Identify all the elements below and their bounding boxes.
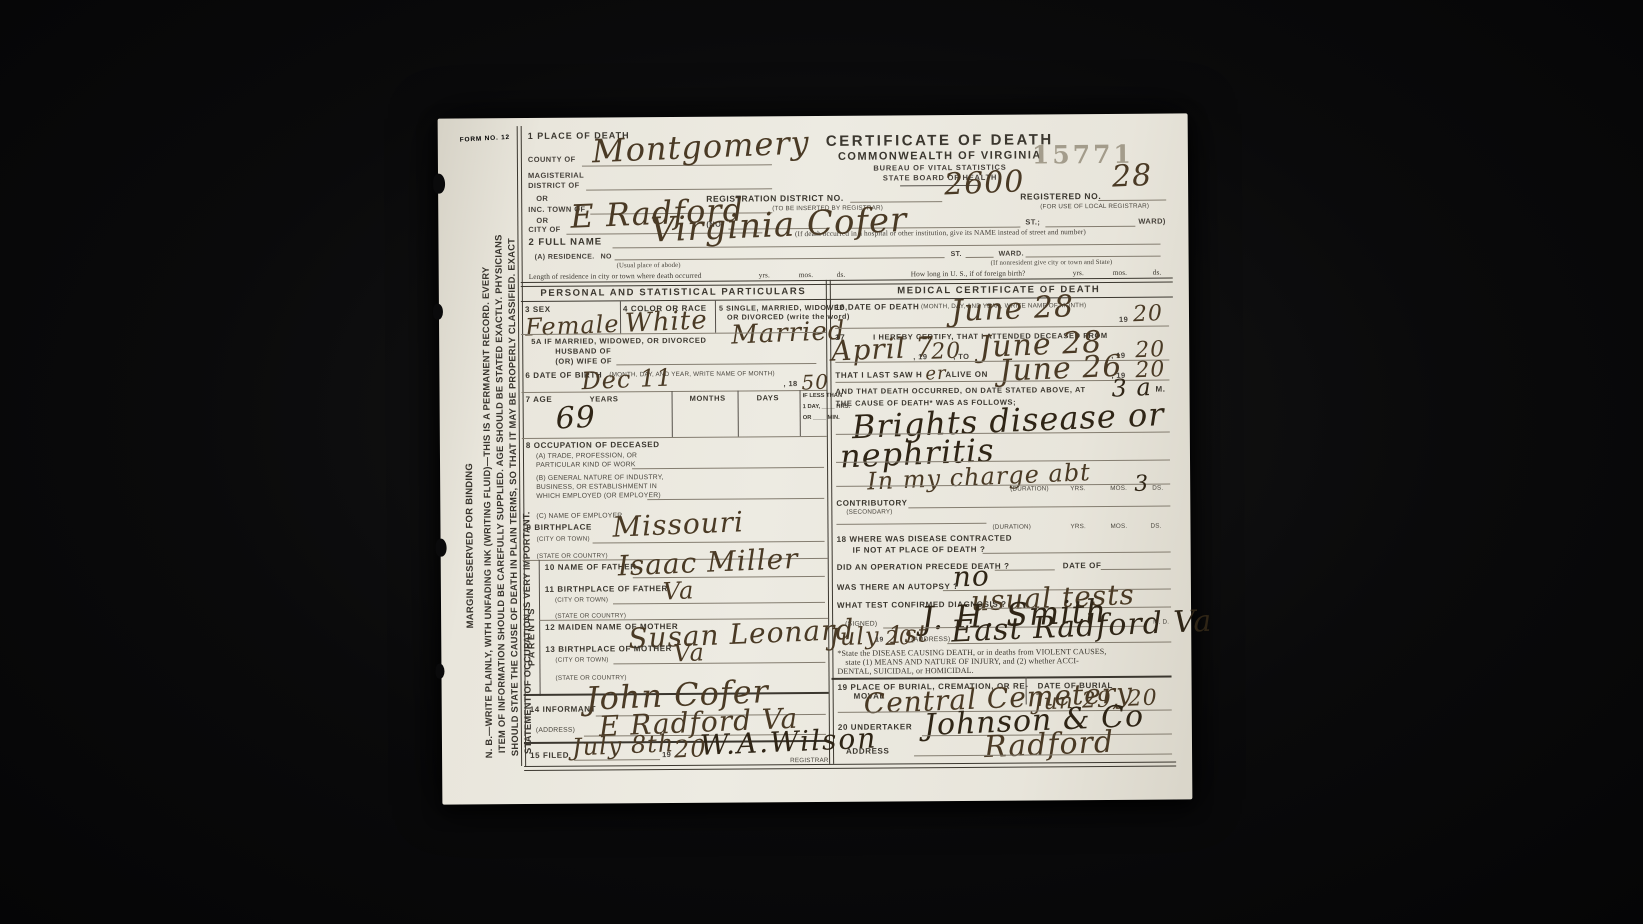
undertaker-address-handwritten: Radford <box>983 728 1114 763</box>
margin-binding-note: MARGIN RESERVED FOR BINDING <box>464 463 476 629</box>
death-occurred-label: AND THAT DEATH OCCURRED, ON DATE STATED … <box>836 386 1086 395</box>
margin-nb-line2: ITEM OF INFORMATION SHOULD BE CAREFULLY … <box>493 234 507 753</box>
duration-mos-handwritten: 3 <box>1134 473 1150 496</box>
duration-ds-label: DS. <box>1152 486 1163 492</box>
length-mos-label: mos. <box>799 271 813 278</box>
where-contracted-label-2: IF NOT AT PLACE OF DEATH ? <box>853 546 986 555</box>
father-bp-value-handwritten: Va <box>662 578 694 603</box>
age-col-divider-1 <box>672 391 673 437</box>
form-number: FORM NO. 12 <box>460 135 511 144</box>
length-residence-label: Length of residence in city or town wher… <box>529 272 702 281</box>
filed-year-printed: 19 <box>662 751 671 759</box>
certificate-form: 1 PLACE OF DEATH COUNTY OF Montgomery MA… <box>520 122 1177 775</box>
contributory-label: CONTRIBUTORY <box>836 499 907 507</box>
us-yrs-label: yrs. <box>1073 269 1084 276</box>
torn-edge-notch <box>436 539 447 557</box>
residence-st-label: ST. <box>951 251 962 258</box>
dod-year-printed: 19 <box>1119 316 1128 324</box>
footnote-line3: DENTAL, SUICIDAL, or HOMICIDAL. <box>837 667 973 676</box>
age-days-label: DAYS <box>757 394 780 402</box>
autopsy-label: WAS THERE AN AUTOPSY ? <box>837 583 959 592</box>
torn-edge-notch <box>433 174 445 194</box>
duration2-yrs-label: YRS. <box>1070 524 1086 530</box>
age-value-handwritten: 69 <box>555 403 596 435</box>
age-less-than-3: OR ____ MIN. <box>803 416 840 422</box>
age-col-divider-2 <box>738 391 739 437</box>
mother-birthplace-label: 13 BIRTHPLACE OF MOTHER <box>545 645 672 654</box>
where-contracted-label-1: 18 WHERE WAS DISEASE CONTRACTED <box>837 535 1013 544</box>
occupation-c: (C) NAME OF EMPLOYER <box>536 513 622 520</box>
mother-bp-value-handwritten: Va <box>673 640 705 665</box>
mother-bp-city-note: (CITY OR TOWN) <box>555 657 608 664</box>
age-col-divider-3 <box>800 390 801 436</box>
duration-label: (DURATION) <box>1010 486 1049 493</box>
father-bp-city-note: (CITY OR TOWN) <box>555 597 608 604</box>
item5a-label-1: 5A IF MARRIED, WIDOWED, OR DIVORCED <box>531 337 706 346</box>
birthplace-value-handwritten: Missouri <box>612 508 745 541</box>
magisterial-label-1: MAGISTERIAL <box>528 172 584 180</box>
or-label-1: OR <box>536 195 548 203</box>
age-months-label: MONTHS <box>690 395 726 403</box>
board-line: STATE BOARD OF HEALTH <box>775 173 1105 183</box>
duration2-mos-label: MOS. <box>1110 524 1127 530</box>
or-label-2: OR <box>536 217 548 225</box>
registration-district-value: 2600 <box>943 167 1025 200</box>
registration-district-label: REGISTRATION DISTRICT NO. <box>706 194 844 203</box>
city-label: CITY OF <box>528 226 560 234</box>
form-bottom-rule <box>524 761 1176 771</box>
item5a-label-3: (OR) WIFE OF <box>555 357 612 365</box>
duration2-label: (DURATION) <box>992 524 1031 531</box>
length-ds-label: ds. <box>837 271 846 278</box>
to-label: , TO <box>953 353 969 361</box>
registered-no-value: 28 <box>1111 161 1152 193</box>
birthplace-label: 9 BIRTHPLACE <box>526 524 591 532</box>
full-name-value-handwritten: Virginia Cofer <box>650 203 908 248</box>
photograph-of-death-certificate: { "stamp": { "serial": "15771" }, "margi… <box>0 0 1643 924</box>
binding-margin: FORM NO. 12 MARGIN RESERVED FOR BINDING … <box>438 113 1188 118</box>
length-yrs-label: yrs. <box>759 271 770 278</box>
dod-year-handwritten: 20 <box>1133 303 1164 326</box>
full-name-label: 2 FULL NAME <box>528 237 602 247</box>
residence-no-label: NO <box>601 253 612 260</box>
registered-no-note: (FOR USE OF LOCAL REGISTRAR) <box>1040 204 1149 211</box>
st-label: ST.; <box>1025 218 1040 226</box>
occupation-b1: (B) GENERAL NATURE OF INDUSTRY, <box>536 475 664 483</box>
alive-on-label: ALIVE ON <box>945 371 988 379</box>
undertaker-address-label: ADDRESS <box>846 747 889 755</box>
signed-year-handwritten: 20 <box>885 627 913 648</box>
marital-label-1: 5 SINGLE, MARRIED, WIDOWED, <box>719 304 848 312</box>
secondary-label: (SECONDARY) <box>846 509 892 516</box>
duration2-ds-label: DS. <box>1150 524 1161 530</box>
nonresident-note: (If nonresident give city or town and St… <box>991 260 1113 268</box>
last-saw-label: THAT I LAST SAW H <box>835 371 922 380</box>
father-name-handwritten: Isaac Miller <box>617 545 799 581</box>
occupation-a2: PARTICULAR KIND OF WORK <box>536 462 636 469</box>
death-time-m-label: M. <box>1155 386 1165 394</box>
torn-edge-notch <box>435 664 444 679</box>
signed-year-printed: 19 <box>875 638 883 645</box>
parents-vertical-label: PARENTS <box>526 606 536 666</box>
date-of-operation-label: DATE OF <box>1063 562 1102 570</box>
duration-mos-label: MOS. <box>1110 486 1127 492</box>
certificate-paper: FORM NO. 12 MARGIN RESERVED FOR BINDING … <box>438 113 1193 804</box>
filed-date-handwritten: July 8th <box>572 731 675 759</box>
filed-label: 15 FILED <box>530 752 569 760</box>
age-label: 7 AGE <box>526 396 553 404</box>
item5a-label-2: HUSBAND OF <box>555 347 611 355</box>
torn-edge-notch <box>433 304 443 320</box>
undertaker-label: 20 UNDERTAKER <box>838 723 912 732</box>
margin-nb-line1: N. B.—WRITE PLAINLY, WITH UNFADING INK (… <box>481 267 494 759</box>
left-column-header: PERSONAL AND STATISTICAL PARTICULARS <box>521 287 826 299</box>
parents-rail <box>539 560 541 696</box>
occupation-b3: WHICH EMPLOYED (OR EMPLOYER) <box>536 493 661 501</box>
duration-note-handwritten: In my charge abt <box>867 460 1092 493</box>
informant-address-label: (ADDRESS) <box>536 728 575 735</box>
date-of-death-label: 16 DATE OF DEATH <box>835 303 919 312</box>
ward-label: WARD) <box>1138 218 1165 226</box>
dob-value-handwritten: Dec 11 <box>581 365 673 393</box>
occupation-a1: (A) TRADE, PROFESSION, OR <box>536 453 637 461</box>
occupation-label: 8 OCCUPATION OF DECEASED <box>526 441 660 450</box>
birthplace-city-note: (CITY OR TOWN) <box>537 537 590 544</box>
us-ds-label: ds. <box>1153 269 1162 276</box>
county-label: COUNTY OF <box>528 156 576 164</box>
father-birthplace-label: 11 BIRTHPLACE OF FATHER <box>545 585 668 594</box>
occupation-b2: BUSINESS, OR ESTABLISHMENT IN <box>536 484 657 492</box>
dob-year-printed: , 18 <box>783 380 797 388</box>
race-marital-divider <box>715 301 716 333</box>
registered-no-label: REGISTERED NO. <box>1020 192 1101 201</box>
us-mos-label: mos. <box>1113 269 1127 276</box>
date-of-death-handwritten: June 28 <box>950 292 1074 327</box>
residence-ward-label: WARD. <box>999 251 1024 258</box>
how-long-us-label: How long in U. S., if of foreign birth? <box>911 270 1026 278</box>
abode-note: (Usual place of abode) <box>617 263 681 270</box>
duration-yrs-label: YRS. <box>1070 486 1086 492</box>
physician-address-label: (ADDRESS) <box>911 637 950 644</box>
magisterial-label-2: DISTRICT OF <box>528 182 580 190</box>
residence-label: (A) RESIDENCE. <box>535 254 595 261</box>
from-year-printed: , 19 <box>913 353 927 361</box>
